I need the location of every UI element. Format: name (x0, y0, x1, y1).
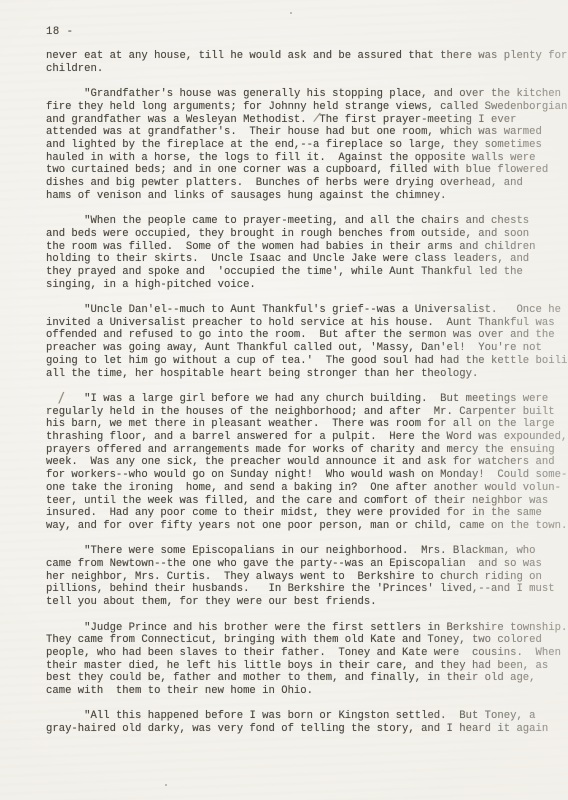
paper-speck (290, 12, 292, 14)
paragraph: "Grandfather's house was generally his s… (46, 88, 568, 202)
paragraph: never eat at any house, till he would as… (46, 50, 568, 75)
paper-speck (165, 784, 167, 786)
paragraph: "There were some Episcopalians in our ne… (46, 545, 568, 609)
paragraph: "I was a large girl before we had any ch… (46, 393, 568, 533)
scanned-typewritten-page: 18 - never eat at any house, till he wou… (0, 0, 568, 800)
pencil-mark: / (56, 391, 67, 409)
page-number: 18 - (46, 26, 73, 38)
paragraph: "All this happened before I was born or … (46, 710, 568, 735)
paragraph: "Uncle Dan'el--much to Aunt Thankful's g… (46, 304, 568, 380)
paragraph: "When the people came to prayer-meeting,… (46, 215, 568, 291)
paragraph: "Judge Prince and his brother were the f… (46, 622, 568, 698)
page-text-block: never eat at any house, till he would as… (46, 50, 568, 749)
